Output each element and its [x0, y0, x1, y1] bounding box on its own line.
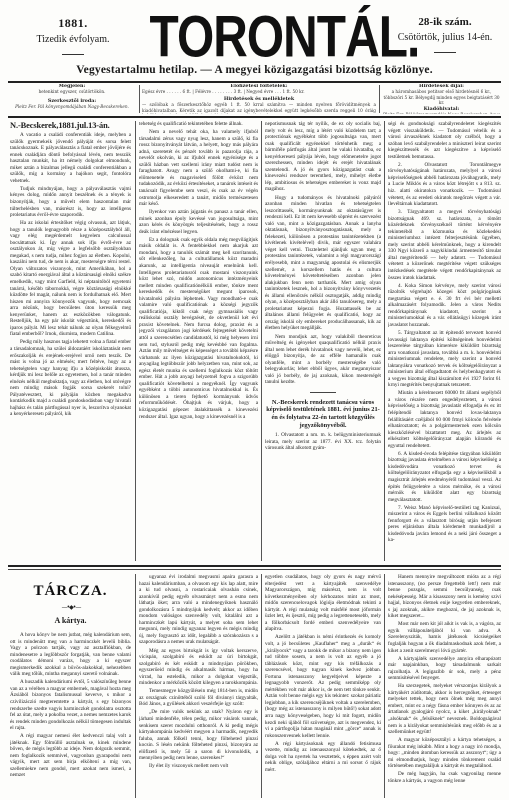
report-item: 5. Tárgyaltatott az itt építendő terveze… — [388, 330, 501, 389]
ornament-rule — [434, 52, 456, 53]
info-text: Pleitz Fer. Pál könyvnyomdájában Nagy-Be… — [8, 104, 136, 109]
paragraph: De még hagyján, ha csak vagyonilag menne… — [388, 771, 501, 784]
report-item: 4. Koka Simon kérvénye, mely szerint vár… — [388, 283, 501, 329]
paragraph: egyetlen csudálatos, hogy oly gyors és n… — [265, 574, 381, 633]
ornament-rule — [62, 54, 84, 55]
subscription-info-bar: Megjelen: hetenkint egyszer, csütörtökön… — [8, 84, 501, 114]
article-dateline: N.-Becskerek,1881.jul.13-án. — [10, 121, 131, 131]
infobar-rule — [8, 116, 501, 118]
column-divider — [135, 574, 136, 798]
report-item: Miután a kérelmezett 60000 frt állami se… — [388, 390, 501, 449]
paragraph: A vacatio a családi conferentiák ideje, … — [10, 132, 131, 184]
paragraph: Ez a dolognak csak egyik oldala még megv… — [139, 237, 258, 420]
paragraph: Tudjuk mindnyájan, hogy a pályaválasztás… — [10, 186, 131, 219]
paragraph: tehetség és qualificatió tekintetében fe… — [139, 121, 258, 128]
feuilleton-column-1: A hova könyv be nem jutbat, még kalendár… — [10, 632, 131, 798]
council-report-heading: N.-Becskerek rendezett tanácsu város kép… — [265, 399, 381, 429]
info-publication: Megjelen: hetenkint egyszer, csütörtökön… — [8, 84, 136, 114]
report-item: 6. A kisded-óvoda felépítése tárgyában k… — [388, 451, 501, 503]
info-advertising: Hirdetések díjai: a háromhasábos petitso… — [382, 84, 501, 114]
info-text: Pleitz Fer. Pál könyvnyomdája Nagy-Becsk… — [382, 112, 501, 114]
paragraph: A magyar középosztályi a kártya tehetség… — [388, 737, 501, 770]
masthead-left: 1881. Tizedik évfolyam. — [18, 16, 128, 55]
info-text: a háromhasábos petitsor első hirdetésnél… — [382, 89, 501, 105]
column-divider — [384, 121, 385, 561]
lead-article-column-3: nepotismusnak tág tér nyilik, de ez oly … — [265, 121, 381, 561]
paragraph: Hanem mennyire megváltozott mióta az a r… — [388, 574, 501, 620]
column-divider — [261, 121, 262, 561]
paragraph: A kártyajáték szenvedélye annyira elhara… — [388, 656, 501, 682]
masthead-rule — [8, 81, 501, 83]
column-divider — [384, 574, 385, 798]
report-item: 3. Tárgyaltatott a megyei törvényhatóság… — [388, 209, 501, 281]
paragraph: Ha az iskolai értesítőket végig olvassuk… — [10, 220, 131, 338]
feuilleton-rule-thin — [8, 569, 501, 570]
paragraph: A hova könyv be nem jutbat, még kalendár… — [10, 632, 131, 678]
paragraph: „De mire valók nekünk az utak? Nyáron eg… — [139, 709, 258, 761]
info-text: Egész évre . . . . . . 6 ft. | Félévre .… — [142, 89, 376, 94]
paragraph: nepotismusnak tág tér nyilik, de ez oly … — [265, 121, 381, 193]
paragraph: Azelőtt a játékban is némi érintkezés és… — [265, 634, 381, 739]
feuilleton-column-2: ugyanaz évi irodalmi megvasmi apaira gar… — [139, 574, 258, 798]
feuilleton-column-3: egyetlen csudálatos, hogy oly gyors és n… — [265, 574, 381, 798]
newspaper-subtitle: Vegyestartalmu hetilap. — A megyei közig… — [0, 64, 509, 76]
info-subscription: Előfizetési föltételek: Egész évre . . .… — [142, 84, 376, 114]
paragraph: A huszadik kalendáriumi évtől, 5 valószí… — [10, 679, 131, 731]
feuilleton-rule — [8, 565, 501, 567]
column-divider — [379, 85, 380, 113]
paragraph: Nem a nevelő tehát oka, ha valamely ifju… — [139, 129, 258, 208]
paragraph: Hogy a tudományos és hivatalnoki pályáró… — [265, 195, 381, 332]
paragraph: Ily élet ily viszonyok mellett nem volt — [139, 763, 258, 770]
paragraph: Temesmegye közgyűlésein még 1814-ben is,… — [139, 688, 258, 708]
column-divider — [139, 85, 140, 113]
feuilleton-column-4: Hanem mennyire megváltozott mióta az a r… — [388, 574, 501, 798]
feuilleton-article-title: A kártya. — [8, 616, 133, 625]
publication-year: 1881. — [18, 16, 128, 31]
newspaper-page: 1881. Tizedik évfolyam. TORONTÁL. 28-ik … — [0, 0, 509, 800]
paragraph: Ha szerzegetek, melyeket vérszomjas kirá… — [388, 683, 501, 735]
issue-date: Csötörtök, julius 14-én. — [385, 32, 505, 43]
feuilleton-section-title: TÁRCZA. — [8, 583, 133, 600]
paragraph: Most már nem kit jól aikit is vak is, a … — [388, 621, 501, 654]
volume-label: Tizedik évfolyam. — [18, 34, 128, 45]
newspaper-title: TORONTÁL. — [150, 5, 369, 70]
lead-article-column-2: tehetség és qualificatió tekintetében fe… — [139, 121, 258, 561]
report-item: 2. Olvastatott Torontálmegye törvényható… — [388, 162, 501, 208]
column-divider — [261, 574, 262, 798]
report-item: 1. Olvastatott a nm. m. k. belügyministe… — [265, 432, 381, 452]
masthead-right: 28-ik szám. Csötörtök, julius 14-én. — [385, 16, 505, 53]
paragraph: A régi kártyásoknak egy állandó fetisimu… — [265, 741, 381, 774]
paragraph: Nem mondjuk azt, hogy valakiből theoreti… — [265, 334, 381, 386]
issue-number: 28-ik szám. — [385, 16, 505, 28]
info-text: hetenkint egyszer, csütörtökön. — [8, 89, 136, 94]
report-item: ségi és gondnoksági szabályrendeletet ki… — [388, 121, 501, 160]
column-divider — [135, 121, 136, 561]
report-item: 7. Weisz Manó képviselő-testületi tag Ka… — [388, 505, 501, 544]
paragraph: Pedig mily hasznos tagja lehetett volna … — [10, 339, 131, 418]
paragraph: ugyanaz évi irodalmi megvasmi apaira gar… — [139, 574, 258, 646]
info-text: — szólóbak a főszerkesztőhöz egyéb 1 ft.… — [142, 102, 376, 114]
council-report-column: ségi és gondnoksági szabályrendeletet ki… — [388, 121, 501, 561]
paragraph: Még az egyes birtokgát is így voltak ker… — [139, 648, 258, 687]
lead-article-column-1: N.-Becskerek,1881.jul.13-án. A vacatio a… — [10, 121, 131, 561]
section-divider — [310, 392, 336, 393]
ornament-icon: —•◆•— — [50, 604, 92, 611]
paragraph: Ilyenkor van aztán jajgatás és panasz a … — [139, 209, 258, 235]
paragraph: A régi magyar nemesi élet kedvenczi tala… — [10, 733, 131, 779]
